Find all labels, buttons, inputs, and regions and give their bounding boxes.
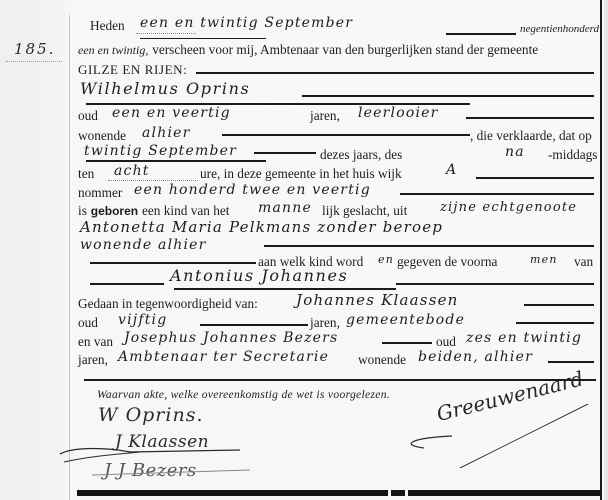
certificate-page: 185. Heden een en twintig September nege… — [0, 0, 608, 500]
signature-flourishes — [0, 0, 608, 500]
